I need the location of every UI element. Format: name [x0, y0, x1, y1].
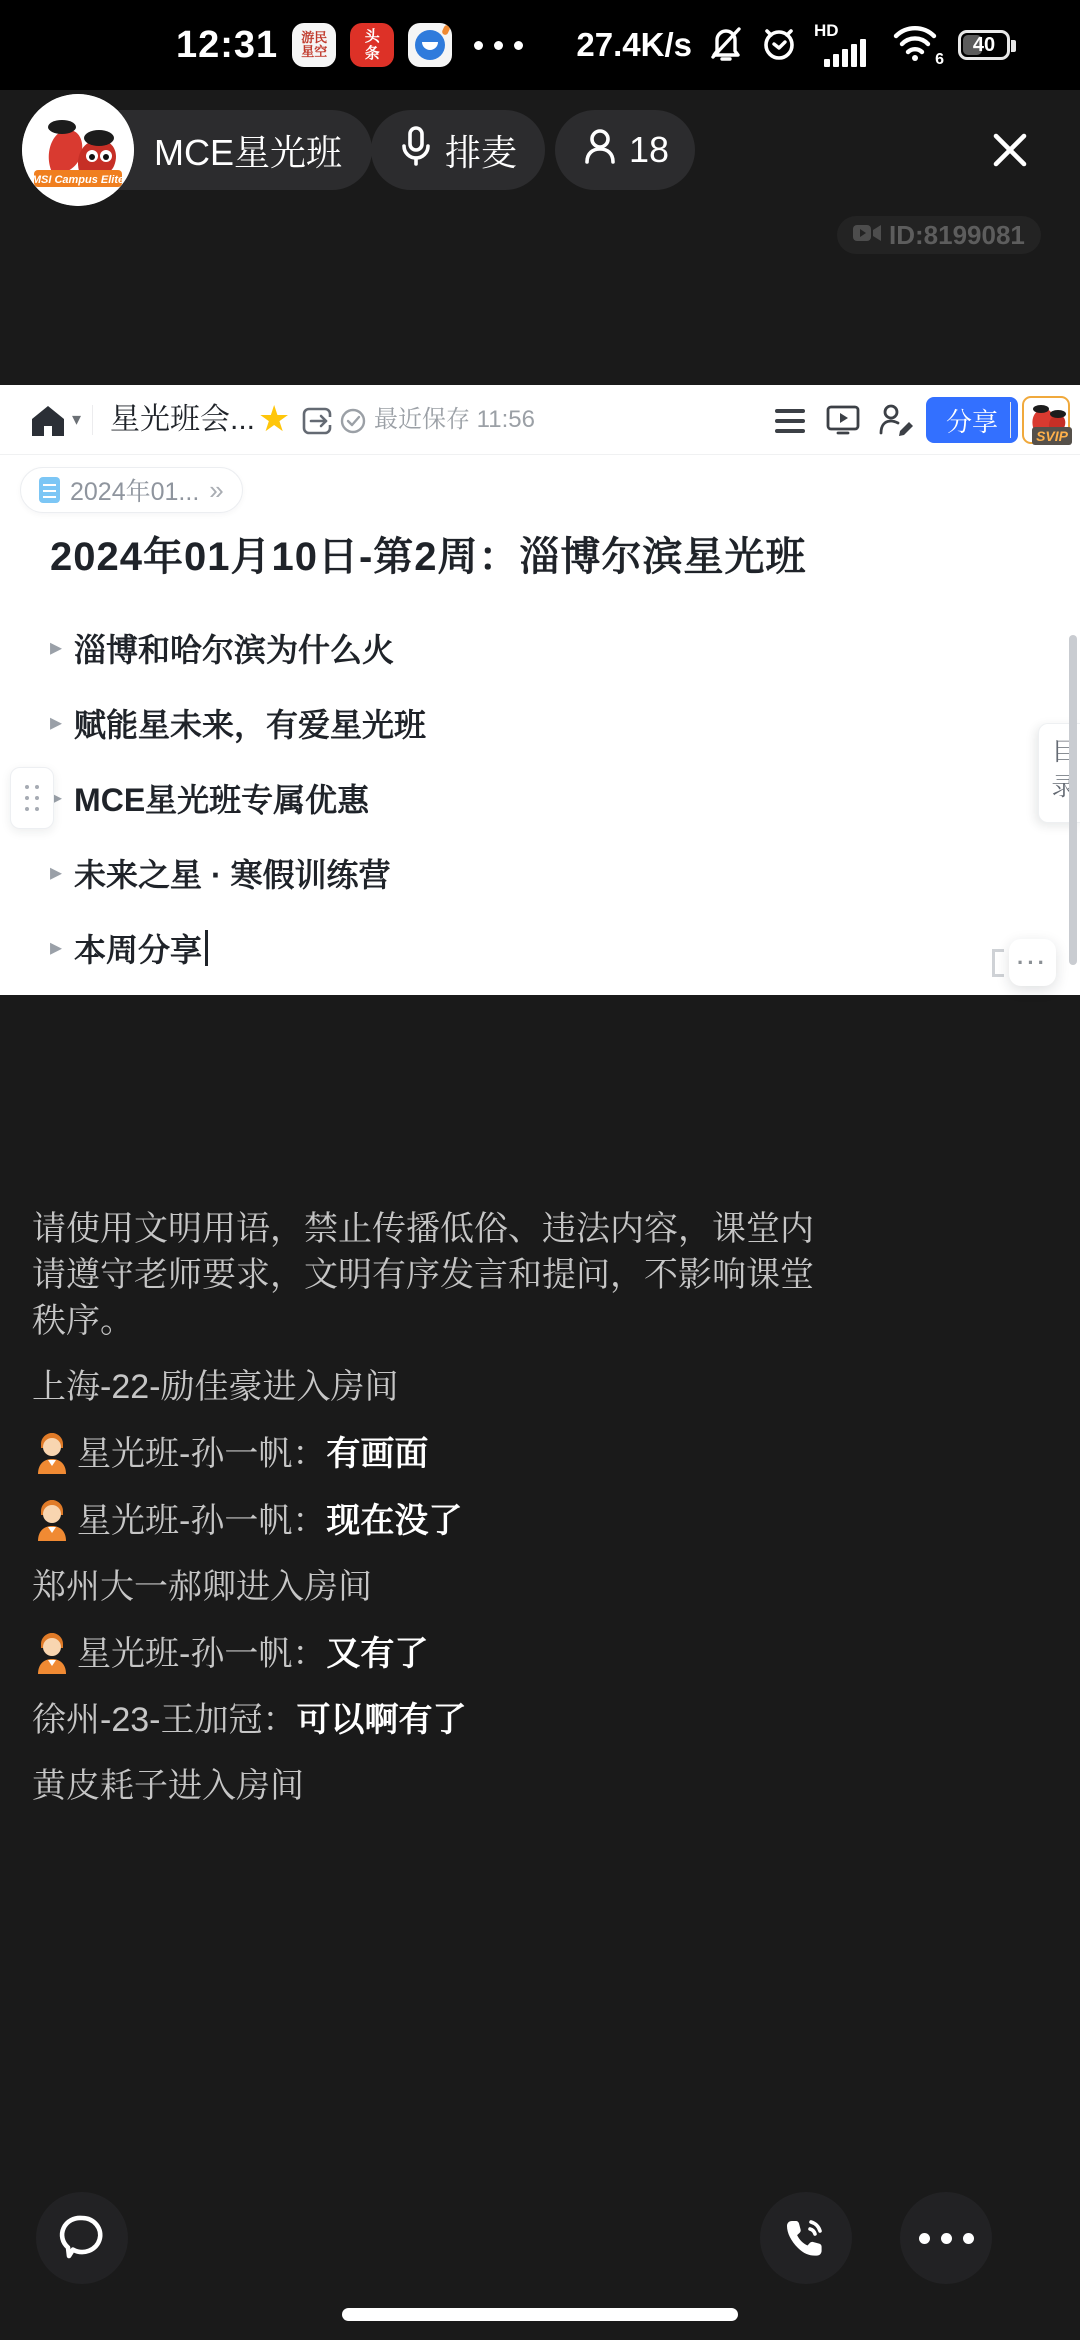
outline-item[interactable]: ▸ MCE星光班专属优惠 [22, 760, 1080, 835]
outline-item-label: 未来之星 · 寒假训练营 [74, 850, 390, 896]
chat-sender-name: 星光班-孙一帆 [77, 1435, 292, 1473]
document-toolbar: ▾ 星光班会... ★ 最近保存 11:56 分享 SVIP [0, 385, 1080, 455]
share-button[interactable]: 分享 [926, 397, 1018, 443]
room-name: MCE星光班 [154, 125, 342, 176]
outline-item[interactable]: ▸ 未来之星 · 寒假训练营 [22, 835, 1080, 910]
chat-message-text: 有画面 [326, 1435, 428, 1473]
outline-item[interactable]: ▸ 赋能星未来，有爱星光班 [22, 685, 1080, 760]
collapse-triangle-icon[interactable]: ▸ [50, 711, 62, 735]
save-status: 最近保存 11:56 [374, 385, 535, 455]
chat-message-text: 现在没了 [326, 1502, 462, 1540]
drag-handle-icon[interactable] [10, 767, 54, 829]
wifi-band-label: 6 [935, 51, 944, 69]
shared-document-window: ▾ 星光班会... ★ 最近保存 11:56 分享 SVIP [0, 385, 1080, 995]
document-icon [39, 477, 60, 503]
close-room-button[interactable] [986, 126, 1034, 174]
chat-name-separator: ： [292, 1435, 326, 1473]
saved-check-icon [340, 408, 366, 439]
member-count: 18 [629, 129, 669, 171]
chat-input-button[interactable] [36, 2192, 128, 2284]
chat-message-text: 郑州大一郝卿进入房间 [32, 1568, 372, 1606]
chat-name-separator: ： [262, 1701, 296, 1739]
chat-message: 徐州-23-王加冠：可以啊有了 [32, 1697, 832, 1743]
toolbar-divider [92, 405, 93, 435]
move-to-folder-icon[interactable] [302, 407, 332, 440]
mic-icon [399, 124, 433, 177]
breadcrumb-label: 2024年01... [70, 472, 199, 508]
mic-queue-label: 排麦 [445, 125, 517, 176]
favorite-star-icon[interactable]: ★ [258, 385, 290, 453]
gamersky-app-icon: 游民星空 [292, 23, 336, 67]
document-body: 2024年01... » 2024年01月10日-第2周：淄博尔滨星光班 ▸ 淄… [0, 455, 1080, 994]
outline-item-label: 赋能星未来，有爱星光班 [74, 700, 426, 746]
text-cursor [205, 930, 208, 966]
status-bar-right: 27.4K/s HD 6 40 [576, 20, 1010, 70]
chat-sender-name: 徐州-23-王加冠 [32, 1701, 262, 1739]
speech-bubble-icon [56, 2210, 108, 2266]
outline-item[interactable]: ▸ 本周分享 [22, 910, 1080, 985]
chat-message: ：上海-22-励佳豪进入房间 [32, 1364, 832, 1410]
screen: 12:31 游民星空 头条 27.4K/s HD 6 [0, 0, 1080, 2340]
wifi-icon: 6 [892, 23, 942, 67]
collaborator-edit-icon[interactable] [878, 403, 914, 442]
status-bar: 12:31 游民星空 头条 27.4K/s HD 6 [0, 0, 1080, 90]
chat-message-list: ：请使用文明用语，禁止传播低俗、违法内容，课堂内请遵守老师要求，文明有序发言和提… [32, 1206, 832, 1829]
breadcrumb[interactable]: 2024年01... » [20, 467, 243, 513]
chat-message: 星光班-孙一帆：又有了 [32, 1630, 832, 1677]
voice-call-button[interactable] [760, 2192, 852, 2284]
chat-message-text: 上海-22-励佳豪进入房间 [32, 1368, 398, 1406]
chat-message-text: 黄皮耗子进入房间 [32, 1767, 304, 1805]
home-menu-caret-icon[interactable]: ▾ [72, 409, 81, 430]
chat-message: ：请使用文明用语，禁止传播低俗、违法内容，课堂内请遵守老师要求，文明有序发言和提… [32, 1206, 832, 1344]
document-heading[interactable]: 2024年01月10日-第2周：淄博尔滨星光班 [50, 525, 1080, 582]
document-scrollbar[interactable] [1069, 635, 1077, 965]
chat-message: ：郑州大一郝卿进入房间 [32, 1564, 832, 1610]
outline-item-label: 本周分享 [74, 925, 202, 971]
network-speed: 27.4K/s [576, 26, 692, 64]
chat-message-text: 可以啊有了 [296, 1701, 466, 1739]
chat-message: 星光班-孙一帆：现在没了 [32, 1497, 832, 1544]
room-avatar[interactable]: MSI Campus Elite [22, 94, 134, 206]
outline-item-label: MCE星光班专属优惠 [74, 775, 369, 821]
user-avatar-icon [32, 1430, 72, 1474]
battery-level: 40 [961, 33, 1007, 57]
menu-icon[interactable] [775, 409, 805, 439]
more-notifications-icon [474, 41, 523, 50]
home-indicator[interactable] [342, 2308, 738, 2321]
more-actions-button[interactable] [900, 2192, 992, 2284]
outline-item[interactable]: ▸ 淄博和哈尔滨为什么火 [22, 610, 1080, 685]
phone-audio-icon [780, 2212, 832, 2264]
document-title-toolbar[interactable]: 星光班会... [110, 385, 255, 455]
svip-badge: SVIP [1032, 427, 1072, 445]
selection-bracket-icon [992, 949, 1004, 977]
toolbar-divider-2 [1010, 402, 1011, 438]
chat-message-text: 又有了 [326, 1635, 428, 1673]
room-id-text: ID:8199081 [889, 220, 1025, 251]
outline-item-label: 淄博和哈尔滨为什么火 [74, 625, 394, 671]
tencent-app-icon [408, 23, 452, 67]
chat-message: ：黄皮耗子进入房间 [32, 1763, 832, 1809]
collapse-triangle-icon[interactable]: ▸ [50, 861, 62, 885]
member-count-button[interactable]: 18 [555, 110, 695, 190]
video-camera-icon [853, 220, 881, 251]
chat-message-text: 请使用文明用语，禁止传播低俗、违法内容，课堂内请遵守老师要求，文明有序发言和提问… [32, 1210, 814, 1340]
person-icon [581, 124, 619, 177]
bell-muted-icon [708, 23, 744, 68]
home-icon[interactable] [30, 404, 66, 443]
present-mode-icon[interactable] [826, 405, 860, 440]
alarm-clock-icon [760, 23, 798, 68]
chat-name-separator: ： [292, 1502, 326, 1540]
ellipsis-icon [919, 2233, 974, 2244]
breadcrumb-chevron-icon: » [209, 475, 223, 506]
user-svip-avatar[interactable]: SVIP [1022, 396, 1070, 444]
clock-time: 12:31 [176, 24, 278, 67]
user-avatar-icon [32, 1497, 72, 1541]
battery-icon: 40 [958, 30, 1010, 60]
chat-name-separator: ： [292, 1635, 326, 1673]
room-id-badge: ID:8199081 [837, 216, 1041, 254]
status-bar-left: 12:31 游民星空 头条 [176, 20, 523, 70]
close-icon [989, 129, 1031, 171]
collapse-triangle-icon[interactable]: ▸ [50, 936, 62, 960]
user-avatar-icon [32, 1630, 72, 1674]
mic-queue-button[interactable]: 排麦 [371, 110, 545, 190]
cellular-signal-icon: HD [814, 21, 876, 69]
chat-sender-name: 星光班-孙一帆 [77, 1635, 292, 1673]
chat-sender-name: 星光班-孙一帆 [77, 1502, 292, 1540]
collapse-triangle-icon[interactable]: ▸ [50, 636, 62, 660]
toutiao-app-icon: 头条 [350, 23, 394, 67]
chat-message: 星光班-孙一帆：有画面 [32, 1430, 832, 1477]
document-outline: ▸ 淄博和哈尔滨为什么火 ▸ 赋能星未来，有爱星光班 ▸ [22, 610, 1080, 985]
avatar-caption-svg: MSI Campus Elite [32, 174, 124, 186]
document-more-button[interactable]: ··· [1009, 939, 1056, 986]
